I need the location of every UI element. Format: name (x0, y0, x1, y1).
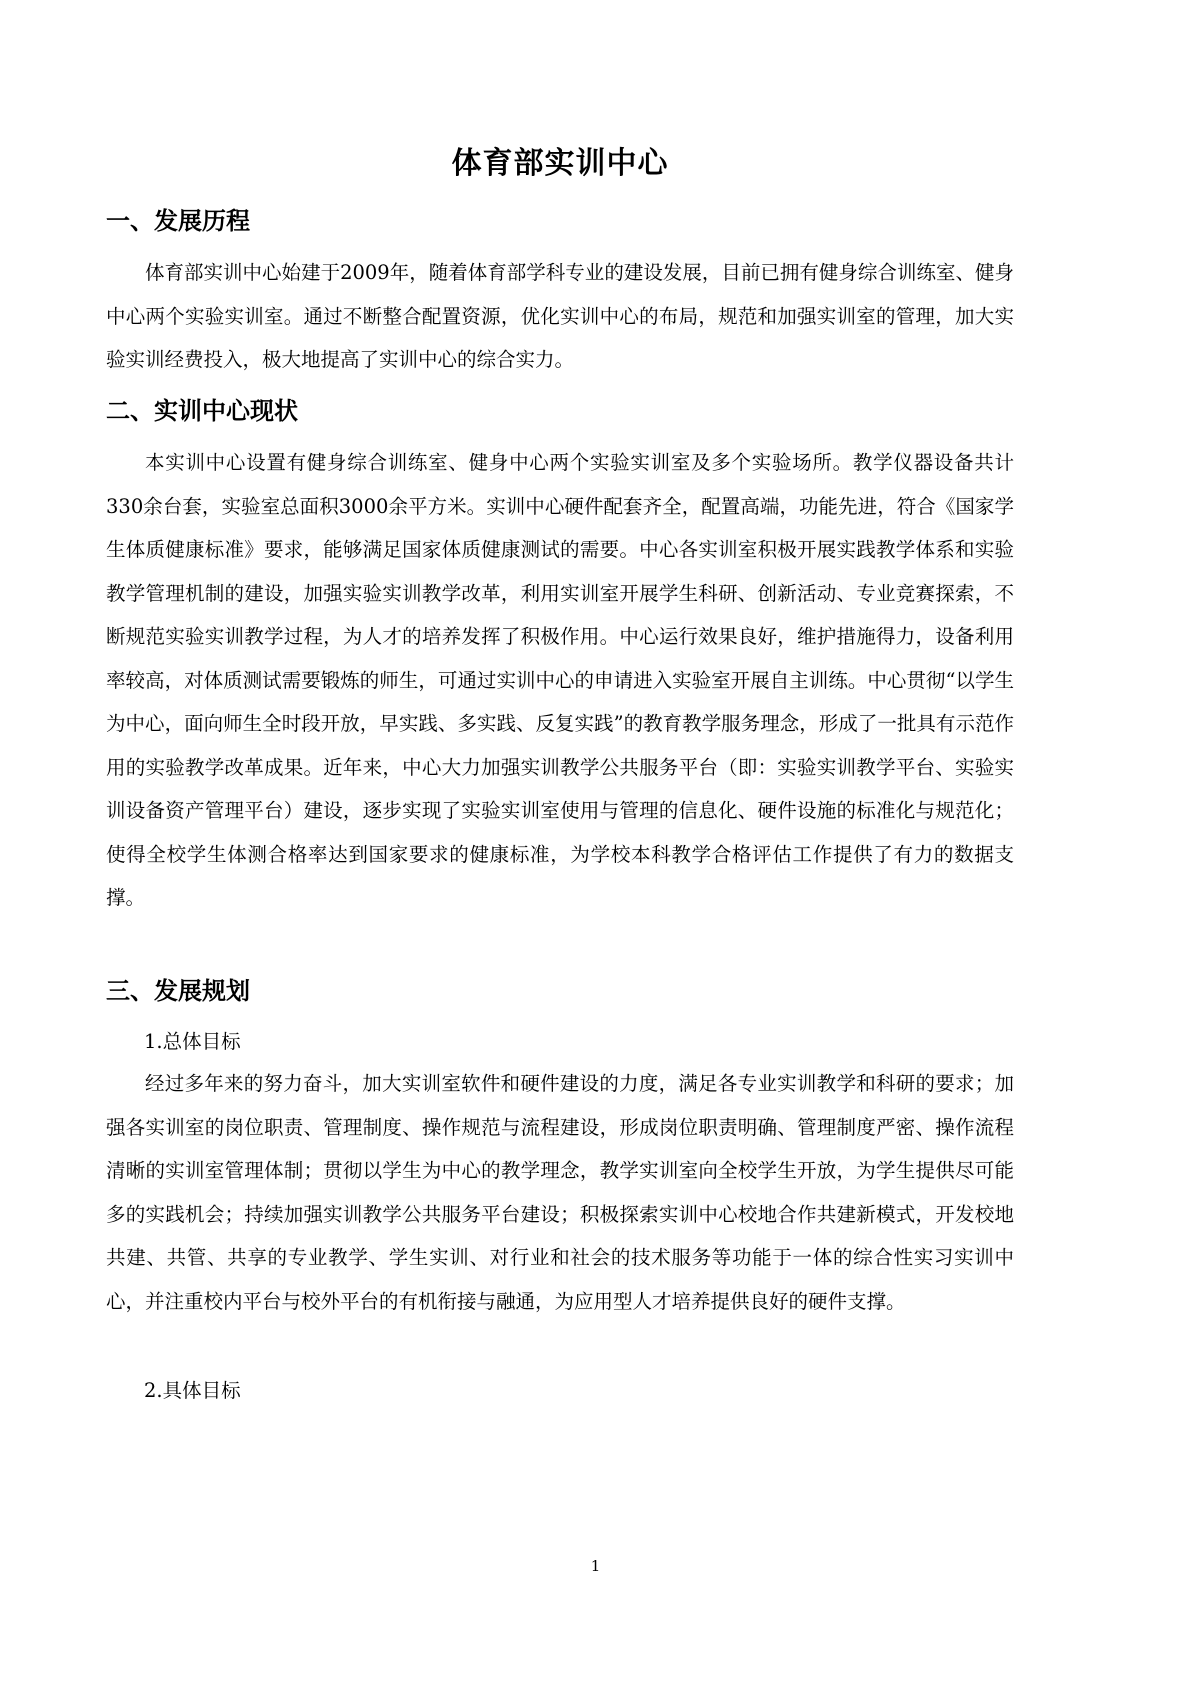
paragraph-status: 本实训中心设置有健身综合训练室、健身中心两个实验实训室及多个实验场所。教学仪器设… (106, 441, 1014, 920)
document-title: 体育部实训中心 (106, 141, 1014, 187)
section-heading-planning: 三、发展规划 (106, 973, 250, 1009)
paragraph-history: 体育部实训中心始建于2009年，随着体育部学科专业的建设发展，目前已拥有健身综合… (106, 251, 1014, 382)
paragraph-overall-goal: 经过多年来的努力奋斗，加大实训室软件和硬件建设的力度，满足各专业实训教学和科研的… (106, 1062, 1014, 1323)
subsection-label-overall-goal: 1.总体目标 (144, 1024, 241, 1060)
section-heading-history: 一、发展历程 (106, 203, 250, 239)
page-number: 1 (0, 1556, 1191, 1576)
subsection-label-specific-goal: 2.具体目标 (144, 1373, 241, 1409)
section-heading-status: 二、实训中心现状 (106, 393, 298, 429)
